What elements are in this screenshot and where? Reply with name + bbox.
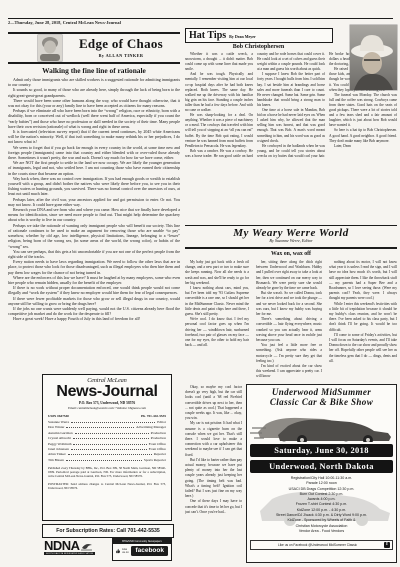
hat-tips-headline: Bob Christophersen — [185, 44, 332, 50]
edge-paragraph: Way back when, there was no control over… — [8, 176, 180, 197]
weary-col1-continued: Okay, so maybe my cool factor doesn't go… — [185, 385, 242, 562]
weary-paragraph: But she wasn't. So we called Donna, took… — [256, 291, 322, 317]
edge-paragraph: It is forecasted (television survey repo… — [8, 129, 180, 145]
edge-paragraph: Every nation needs to have laws regardin… — [8, 259, 180, 275]
weary-paragraph: I'll come to some of Friday's activities… — [329, 333, 397, 364]
dotted-leader — [71, 421, 155, 423]
edge-paragraph: Have a great week! Have a happy Fourth o… — [8, 316, 180, 321]
ad-title-line2: Classic Car & Bike Show — [250, 398, 393, 408]
weary-top-rule — [185, 225, 397, 226]
masthead-publish-info: Published every Thursday by BHG, Inc., P… — [43, 466, 171, 478]
edge-headline: Walking the fine line of rationale — [8, 66, 180, 75]
edge-paragraph: You can see perhaps, that this gets a bi… — [8, 249, 180, 259]
staff-row: Tim BissenSports Reporter — [48, 458, 166, 463]
car-show-ad: Underwood MidSummer Classic Car & Bike S… — [246, 384, 397, 563]
edge-column-byline: By ALLAN TINKER — [62, 53, 180, 58]
masthead-staff-list: Suzanne WerreEditorDon WinterAdvertising… — [43, 418, 171, 463]
weary-bottom-rule — [185, 247, 397, 249]
weary-paragraph: My baby just got back with a fresh oil c… — [185, 260, 249, 286]
weary-paragraph: I know nothing about cars, mind you, but… — [185, 286, 249, 317]
edge-body-text: Admit only those immigrants who are skil… — [8, 77, 180, 365]
dotted-leader — [75, 432, 149, 434]
cowboy-portrait-photo — [350, 25, 397, 90]
ndna-logo-text: NDNA — [44, 540, 80, 552]
staff-name: Tim Bissen — [48, 458, 64, 463]
hat-tips-paragraph: The funeral was Monday. The church was f… — [329, 93, 397, 129]
edge-paragraph: It sounds so good, to many of those who … — [8, 87, 180, 97]
edge-paragraph: If there were fewer profitable markets f… — [8, 296, 180, 306]
hat-tips-header: Hat Tips By Dean Meyer — [185, 28, 333, 43]
classic-cars-illustration-icon — [250, 408, 393, 442]
ad-date-banner: Saturday, June 30, 2018 — [250, 444, 393, 457]
weary-header: My Weary Werre World By Suzanne Werre, E… — [185, 227, 397, 243]
edge-paragraph: Admit only those immigrants who are skil… — [8, 77, 180, 87]
masthead-contact: Email: centralmclean@westriv.com • Websi… — [43, 406, 171, 410]
edge-paragraph: Perhaps if we eliminate all who have bee… — [8, 108, 180, 129]
weary-paragraph: Okay, so maybe my cool factor doesn't go… — [185, 385, 242, 421]
edge-top-rule — [8, 32, 180, 34]
masthead-postmaster: POSTMASTER: Send address changes to Cent… — [43, 482, 171, 490]
hat-tips-byline: By Dean Meyer — [229, 34, 256, 39]
hat-tips-paragraph: So here is a hat tip to Bob Christophers… — [329, 128, 397, 143]
weary-paragraph: While I enter this weekend's festivities… — [329, 302, 397, 333]
ndna-association-bar: NORTH DAKOTA NEWSPAPER ASSOCIATION — [44, 552, 95, 555]
hat-tips-title: Hat Tips — [189, 30, 226, 41]
dotted-leader — [66, 459, 142, 461]
masthead-usps: USPS #647540 — [48, 414, 69, 418]
facebook-f-icon: f — [384, 542, 390, 548]
weary-paragraph: You just feel a little more free or some… — [256, 343, 322, 364]
dotted-leader — [73, 443, 146, 445]
weary-paragraph: One of these days I may have to concede … — [185, 499, 242, 515]
ad-location-banner: Underwood, North Dakota — [250, 460, 393, 473]
hat-tips-paragraph: He was sharp-looking for a deal. On anyt… — [185, 113, 253, 149]
edge-paragraph: We seem to forget that if you go back fa… — [8, 145, 180, 161]
edge-paragraph: If the jobs no one wants were suddenly w… — [8, 306, 180, 316]
ad-facebook-text: Like us on Facebook @Underwood MidSummer… — [253, 543, 382, 547]
hat-tips-paragraph: Whether it was a cattle wreck, a snowsto… — [185, 52, 253, 72]
weary-paragraph: But I'd like to barter rather than pay a… — [185, 458, 242, 500]
edge-paragraph: There would have been some other humans … — [8, 98, 180, 108]
hat-tips-paragraph: Later, Dean — [329, 144, 397, 149]
weary-paragraph: There's something about driving a conver… — [256, 317, 322, 343]
weary-paragraph: My car is not pristine. It had what I as… — [185, 421, 242, 457]
folio-line: 2—Thursday, June 28, 2018, Central McLea… — [8, 20, 258, 25]
ad-schedule-list: Registration/City Hall 10:00-11:30 a.m.P… — [250, 476, 393, 534]
weary-paragraph: her, sitting there along the ditch right… — [256, 260, 322, 291]
ndna-logo: NDNA NORTH DAKOTA NEWSPAPER ASSOCIATION — [44, 540, 106, 555]
weary-col3: nothing about its motor, I will not know… — [329, 260, 397, 382]
like-us-label: Like us on — [122, 548, 129, 554]
weary-col1: My baby just got back with a fresh oil c… — [185, 260, 249, 382]
weary-paragraph: I'm kind of excited about the car show t… — [256, 364, 322, 380]
author-portrait-icon — [38, 35, 62, 61]
edge-paragraph: If there is no work without proper docum… — [8, 285, 180, 295]
subscription-rates-box: For Subscription Rates: Call 701-442-553… — [42, 524, 174, 538]
masthead-name: News-Journal — [43, 384, 171, 400]
weary-col2: her, sitting there along the ditch right… — [256, 260, 322, 382]
masthead-box: Central McLean News-Journal P.O. Box 573… — [42, 374, 172, 521]
weary-headline: Wax on, wax off — [185, 251, 397, 257]
thumbs-up-icon — [116, 547, 120, 555]
dotted-leader — [73, 437, 149, 439]
newspaper-page: { "colors": { "ink": "#141414", "paper":… — [0, 0, 400, 567]
masthead-phone: Ph. 701-442-5535 — [141, 414, 166, 418]
dotted-leader — [66, 426, 134, 428]
cowboy-hat-portrait-icon — [350, 25, 397, 90]
weary-paragraph: We're cool. I do know that. I feel my pe… — [185, 317, 249, 348]
staff-role: Sports Reporter — [144, 458, 166, 463]
dotted-leader — [68, 453, 152, 455]
dotted-leader — [71, 448, 147, 450]
masthead-address: P.O. Box 573, Underwood, ND 58576 — [43, 401, 171, 405]
goose-icon — [81, 541, 93, 551]
facebook-logo: facebook — [131, 546, 168, 556]
edge-column-title: Edge of Chaos — [62, 36, 180, 52]
ad-facebook-footer: Like us on Facebook @Underwood MidSummer… — [250, 540, 393, 550]
facebook-promo-box: BHG/UND Community Newspapers Like us on … — [112, 538, 172, 561]
ad-schedule-section: Registration/City Hall 10:00-11:30 a.m.P… — [250, 476, 393, 538]
edge-header: Edge of Chaos By ALLAN TINKER — [62, 36, 180, 58]
edge-bottom-rule — [8, 62, 180, 64]
edge-author-photo — [38, 35, 62, 61]
edge-paragraph: Perhaps later, after the civil war, your… — [8, 197, 180, 207]
edge-paragraph: Where are the enforcers of this law we h… — [8, 275, 180, 285]
hat-tips-paragraph: One time at a horse sale in Mandan, Bob … — [257, 108, 325, 144]
hat-tips-paragraph: And he was tough. Physically and mentall… — [185, 72, 253, 113]
ad-schedule-line: Vendor Area - Food Vendors — [250, 529, 393, 534]
hat-tips-paragraph: I suppose I knew Bob the better part of … — [257, 72, 325, 108]
edge-paragraph: Perhaps we take the rationale of wanting… — [8, 223, 180, 249]
edge-paragraph: Research your DNA and see from who and w… — [8, 207, 180, 223]
folio-rule — [8, 18, 393, 19]
weary-column-byline: By Suzanne Werre, Editor — [185, 238, 397, 243]
weary-paragraph: nothing about its motor, I will not know… — [329, 260, 397, 302]
edge-paragraph: We are NOT the first people to settle in… — [8, 160, 180, 176]
